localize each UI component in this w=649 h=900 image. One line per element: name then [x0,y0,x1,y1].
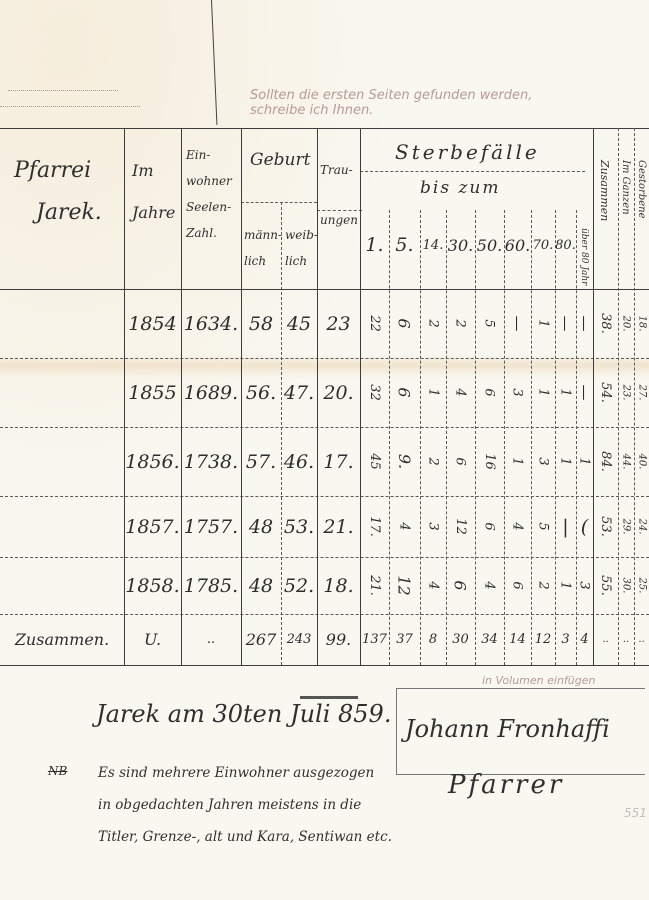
age-header-80: 80. [555,220,576,270]
cell-marriages: 17. [317,427,360,496]
cell-death-14: 3 [426,522,441,530]
signature-title: Pfarrer [448,770,564,800]
cell-death-5: 6 [395,387,414,397]
cell-population: 1757. [181,496,241,557]
cell-death-30: 12 [453,518,468,535]
cell-marriages: 18. [317,557,360,614]
header-parish-name: Jarek. [14,192,102,234]
footer-note-line: Es sind mehrere Einwohner ausgezogen [98,757,392,789]
totals-death-5: 37 [389,614,420,665]
totals-death-50: 34 [475,614,504,665]
pencil-note-signature: in Volumen einfügen [482,674,595,687]
totals-year: U. [124,614,181,665]
header-deaths-sub: bis zum [420,178,500,198]
header-extra-total: Zusammen [598,160,611,221]
age-header-60: 60. [504,220,531,270]
cell-death-14: 2 [426,319,441,327]
cell-death-1: 45 [367,453,382,470]
cell-death-1: 22 [367,315,382,332]
cell-death-60: 6 [510,581,525,589]
cell-year: 1856. [124,427,181,496]
totals-label: Zusammen. [0,614,124,665]
cell-marriages: 23 [317,289,360,358]
cell-extra-1: 44. [621,454,632,470]
cell-year: 1854 [124,289,181,358]
cell-death-1: 17. [367,516,382,537]
cell-death-30: 6 [451,580,470,590]
deaths-header-divider [360,171,585,172]
cell-death-60: — [508,316,527,332]
cell-births-male: 48 [241,557,281,614]
cell-death-over-80: 1 [577,457,592,465]
pencil-note-line: schreibe ich Ihnen. [250,103,532,118]
date-overline [300,696,358,699]
cell-births-female: 46. [281,427,317,496]
cell-population: 1785. [181,557,241,614]
age-header-70: 70. [531,220,555,270]
cell-extra-2: 27. [636,385,647,401]
cell-death-30: 4 [453,388,468,396]
cell-death-70: 1 [536,388,551,396]
totals-extra-2: .. [634,614,649,665]
header-line: Trau- [320,145,358,195]
cell-death-1: 21. [367,575,382,596]
cell-extra-2: 40. [636,454,647,470]
cell-death-5: 12 [395,575,414,595]
header-line: weib- [285,222,318,248]
totals-death-30: 30 [446,614,475,665]
cell-death-14: 4 [426,581,441,589]
cell-death-over-80: — [575,316,594,332]
cell-extra-2: 24. [636,519,647,535]
cell-death-30: 2 [453,319,468,327]
cell-death-80: 1 [558,388,573,396]
cell-death-14: 1 [426,388,441,396]
cell-death-over-80: — [575,385,594,401]
cell-extra-2: 18. [636,316,647,332]
cell-extra-2: 25. [636,578,647,594]
cell-death-70: 1 [536,319,551,327]
cell-births-female: 47. [281,358,317,427]
cell-births-male: 48 [241,496,281,557]
header-line: ungen [320,195,358,245]
header-line: lich [285,248,318,274]
births-header-divider [241,202,317,203]
header-line: männ- [244,222,282,248]
cell-death-50: 5 [482,319,497,327]
table-bottom-border [0,665,649,666]
cell-extra-1: 20. [621,316,632,332]
header-population-line: Seelen- [186,194,232,220]
footer-note: Es sind mehrere Einwohner ausgezogen in … [98,757,392,853]
page-number: 551 [624,806,647,820]
cell-death-14: 2 [426,457,441,465]
header-line: lich [244,248,282,274]
totals-marriages: 99. [317,614,360,665]
header-marriages: Trau- ungen [320,145,358,245]
totals-death-70: 12 [531,614,555,665]
totals-total: .. [593,614,618,665]
cell-births-female: 45 [281,289,317,358]
footer-note-line: Titler, Grenze-, alt und Kara, Sentiwan … [98,821,392,853]
cell-population: 1689. [181,358,241,427]
cell-extra-1: 30. [621,578,632,594]
age-header-50: 50. [475,220,504,270]
cell-death-70: 5 [536,522,551,530]
cell-death-50: 4 [482,581,497,589]
cell-death-60: 4 [510,522,525,530]
header-extra-deceased: Gestorbene [636,160,647,219]
header-births-female: weib- lich [285,222,318,274]
cell-death-30: 6 [453,457,468,465]
totals-births-male: 267 [241,614,281,665]
cell-death-50: 6 [482,388,497,396]
cell-death-60: 1 [510,457,525,465]
pencil-note-top: Sollten die ersten Seiten gefunden werde… [250,88,532,118]
cell-marriages: 21. [317,496,360,557]
age-header-30: 30. [446,220,475,270]
cell-births-male: 57. [241,427,281,496]
totals-death-14: 8 [420,614,446,665]
footer-note-line: in obgedachten Jahren meistens in die [98,789,392,821]
header-year-line: Im [132,150,175,192]
age-header-over-80: über 80 Jahr [579,228,589,284]
table-top-border [0,128,649,129]
cell-year: 1857. [124,496,181,557]
cell-births-male: 58 [241,289,281,358]
age-header-14: 14. [420,220,446,270]
cell-marriages: 20. [317,358,360,427]
cell-year: 1858. [124,557,181,614]
header-extra-all: Im Ganzen [620,160,631,215]
header-births-male: männ- lich [244,222,282,274]
pencil-note-line: Sollten die ersten Seiten gefunden werde… [250,88,532,103]
cell-death-5: 9. [395,454,414,469]
note-marker: NB [48,764,67,778]
cell-births-female: 53. [281,496,317,557]
cell-population: 1738. [181,427,241,496]
cell-extra-1: 29. [621,519,632,535]
totals-extra-1: .. [618,614,634,665]
totals-population: .. [181,614,241,665]
cell-death-5: 4 [397,522,412,530]
header-population-line: Zahl. [186,220,232,246]
header-parish: Pfarrei Jarek. [14,150,102,234]
cell-death-80: — [556,316,575,332]
cell-death-80: | [555,496,576,557]
ruled-dotted-line [0,106,140,107]
cell-year: 1855 [124,358,181,427]
place-date: Jarek am 30ten Juli 859. [96,700,391,728]
cell-death-over-80: 3 [577,581,592,589]
cell-population: 1634. [181,289,241,358]
cell-total: 53. [598,516,613,537]
cell-death-1: 32 [367,384,382,401]
header-population-line: Ein- [186,142,232,168]
cell-total: 84. [598,451,613,472]
signature-name: Johann Fronhaffi [405,715,610,743]
totals-death-80: 3 [555,614,576,665]
cell-death-5: 6 [395,318,414,328]
cell-death-80: 1 [558,581,573,589]
cell-death-80: 1 [558,457,573,465]
totals-death-over-80: 4 [576,614,593,665]
cell-death-70: 3 [536,457,551,465]
header-population: Ein- wohner Seelen- Zahl. [186,142,232,246]
totals-death-60: 14 [504,614,531,665]
totals-births-female: 243 [281,614,317,665]
totals-death-1: 137 [360,614,389,665]
age-header-1: 1. [360,220,389,270]
age-header-5: 5. [389,220,420,270]
header-year: Im Jahre [132,150,175,234]
cell-total: 54. [598,382,613,403]
header-population-line: wohner [186,168,232,194]
cell-births-male: 56. [241,358,281,427]
cell-births-female: 52. [281,557,317,614]
cell-death-70: 2 [536,581,551,589]
cell-death-over-80: ( [576,496,593,557]
header-deaths: Sterbefälle [395,140,540,164]
header-births: Geburt [250,150,310,170]
cell-total: 55. [598,575,613,596]
cell-total: 38. [598,313,613,334]
cell-extra-1: 23. [621,385,632,401]
ruled-dotted-line [8,90,118,91]
header-year-line: Jahre [132,192,175,234]
cell-death-50: 16 [482,453,497,470]
cell-death-50: 6 [482,522,497,530]
header-parish-label: Pfarrei [14,150,102,192]
cell-death-60: 3 [510,388,525,396]
